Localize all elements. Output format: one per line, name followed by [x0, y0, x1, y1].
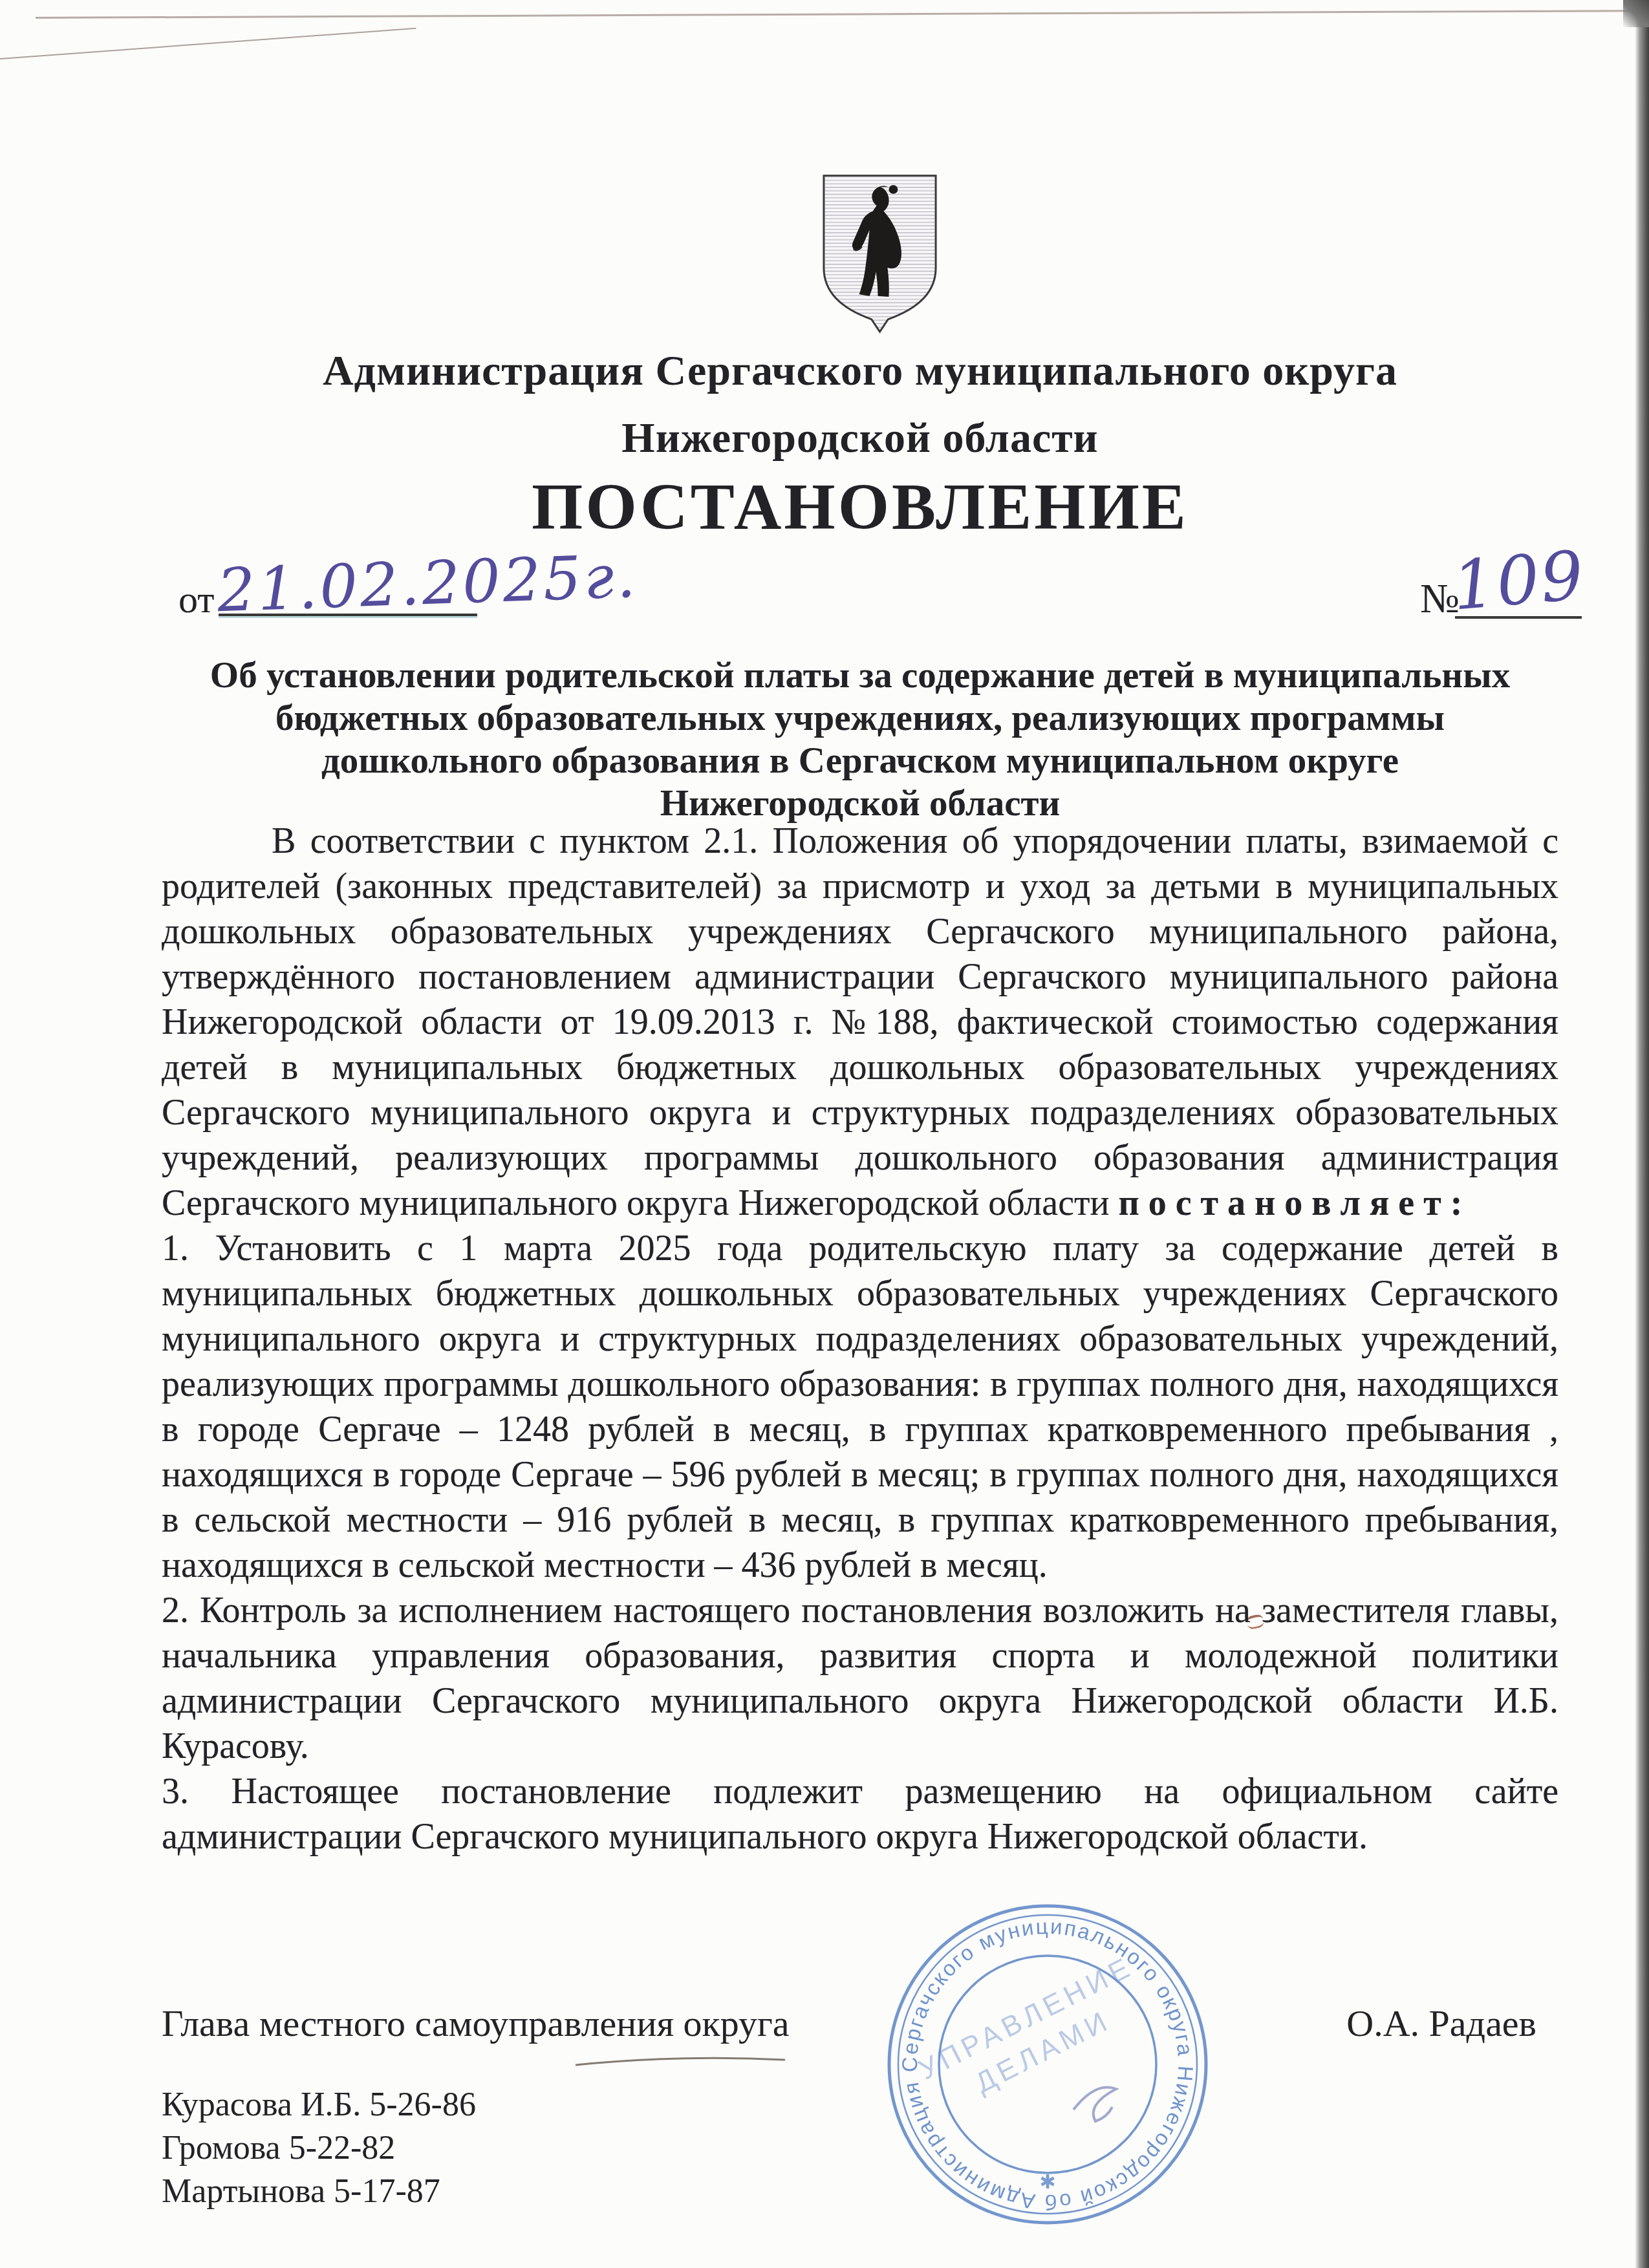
signatory-position: Глава местного самоуправления округа: [162, 2002, 790, 2044]
official-round-stamp: Администрация Сергачского муниципального…: [879, 1896, 1216, 2232]
decree-item-3: 3. Настоящее постановление подлежит разм…: [162, 1769, 1558, 1859]
stamp-star: ✱: [1039, 2172, 1055, 2193]
signatory-name: О.А. Радаев: [1346, 2002, 1536, 2045]
contact-line: Мартынова 5-17-87: [162, 2170, 476, 2213]
scan-artifact-line: [36, 10, 1649, 19]
preamble-paragraph: В соответствии с пунктом 2.1. Положения …: [162, 818, 1558, 1226]
signature-stroke: [1073, 2087, 1116, 2121]
scan-edge-shadow: [1635, 0, 1649, 2268]
date-number-row: от 21.02.2025г. № 109: [162, 559, 1558, 643]
scan-corner-shadow: [1623, 0, 1649, 27]
decree-title-line3: дошкольного образования в Сергачском мун…: [162, 740, 1558, 782]
contact-list: Курасова И.Б. 5-26-86 Громова 5-22-82 Ма…: [162, 2083, 476, 2213]
handwritten-number: 109: [1449, 535, 1588, 625]
org-name-line2: Нижегородской области: [162, 405, 1558, 472]
signature-row: Глава местного самоуправления округа О.А…: [162, 2002, 1558, 2045]
pen-stroke-artifact: [574, 2053, 788, 2072]
decree-title-line1: Об установлении родительской платы за со…: [162, 654, 1558, 697]
contact-line: Курасова И.Б. 5-26-86: [162, 2083, 476, 2126]
decree-item-2: 2. Контроль за исполнением настоящего по…: [162, 1588, 1558, 1769]
decree-title-line2: бюджетных образовательных учреждениях, р…: [162, 697, 1558, 740]
handwritten-date: 21.02.2025г.: [216, 542, 639, 626]
date-underline: [219, 614, 477, 616]
coat-of-arms-bear-icon: [814, 169, 946, 334]
preamble-text: В соответствии с пунктом 2.1. Положения …: [162, 821, 1558, 1223]
document-type-title: ПОСТАНОВЛЕНИЕ: [162, 469, 1558, 545]
resolve-word: п о с т а н о в л я е т :: [1118, 1183, 1462, 1223]
number-underline: [1455, 616, 1582, 619]
contact-line: Громова 5-22-82: [162, 2126, 476, 2170]
decree-title: Об установлении родительской платы за со…: [162, 654, 1558, 825]
decree-item-1: 1. Установить с 1 марта 2025 года родите…: [162, 1226, 1558, 1588]
org-name-line1: Администрация Сергачского муниципального…: [162, 337, 1558, 405]
decree-body: В соответствии с пунктом 2.1. Положения …: [162, 818, 1558, 1859]
org-header: Администрация Сергачского муниципального…: [162, 337, 1558, 472]
scanned-document-page: Администрация Сергачского муниципального…: [0, 0, 1649, 2268]
scan-artifact-diagonal-line: [0, 28, 416, 59]
date-prefix-label: от: [178, 577, 214, 622]
